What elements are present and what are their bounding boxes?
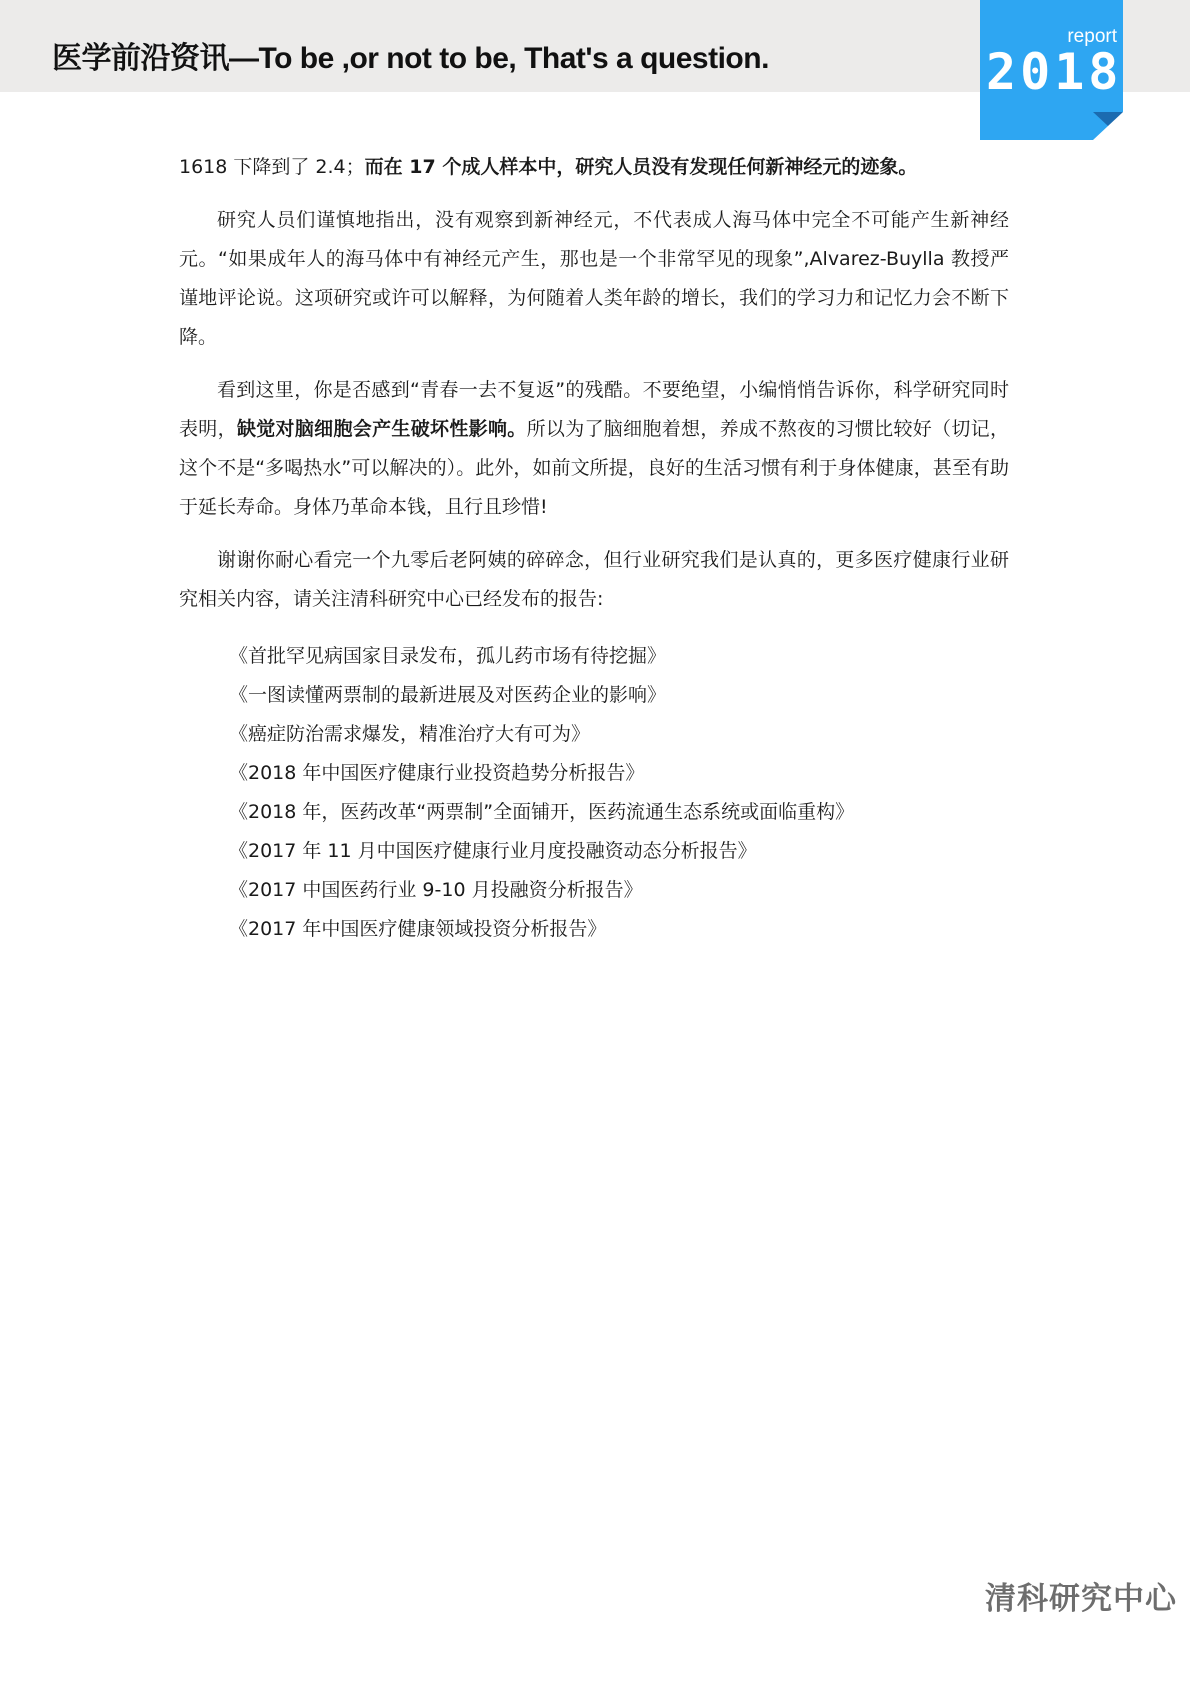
badge-year: 2018 <box>986 46 1122 98</box>
report-link[interactable]: 《2018 年中国医疗健康行业投资趋势分析报告》 <box>229 754 854 793</box>
footer-logo: 清科研究中心 <box>985 1573 1177 1618</box>
page-fold-corner <box>1093 112 1123 140</box>
report-link[interactable]: 《2017 中国医药行业 9-10 月投融资分析报告》 <box>229 871 854 910</box>
report-link[interactable]: 《首批罕见病国家目录发布，孤儿药市场有待挖掘》 <box>229 637 854 676</box>
report-list: 《首批罕见病国家目录发布，孤儿药市场有待挖掘》 《一图读懂两票制的最新进展及对医… <box>229 637 854 949</box>
report-link[interactable]: 《2018 年，医药改革“两票制”全面铺开，医药流通生态系统或面临重构》 <box>229 793 854 832</box>
paragraph-1-emphasis: 而在 17 个成人样本中，研究人员没有发现任何新神经元的迹象。 <box>365 156 918 178</box>
paragraph-3: 看到这里，你是否感到“青春一去不复返”的残酷。不要绝望，小编悄悄告诉你，科学研究… <box>179 371 1009 527</box>
article-body: 1618 下降到了 2.4；而在 17 个成人样本中，研究人员没有发现任何新神经… <box>179 148 1009 633</box>
page-title: 医学前沿资讯—To be ,or not to be, That's a que… <box>52 33 769 77</box>
paragraph-3-emphasis: 缺觉对脑细胞会产生破坏性影响。 <box>237 418 527 440</box>
report-link[interactable]: 《一图读懂两票制的最新进展及对医药企业的影响》 <box>229 676 854 715</box>
report-link[interactable]: 《2017 年中国医疗健康领域投资分析报告》 <box>229 910 854 949</box>
report-link[interactable]: 《2017 年 11 月中国医疗健康行业月度投融资动态分析报告》 <box>229 832 854 871</box>
paragraph-1: 1618 下降到了 2.4；而在 17 个成人样本中，研究人员没有发现任何新神经… <box>179 148 1009 187</box>
paragraph-1-text: 1618 下降到了 2.4； <box>179 156 365 178</box>
paragraph-2: 研究人员们谨慎地指出，没有观察到新神经元，不代表成人海马体中完全不可能产生新神经… <box>179 201 1009 357</box>
paragraph-4: 谢谢你耐心看完一个九零后老阿姨的碎碎念，但行业研究我们是认真的，更多医疗健康行业… <box>179 541 1009 619</box>
report-link[interactable]: 《癌症防治需求爆发，精准治疗大有可为》 <box>229 715 854 754</box>
